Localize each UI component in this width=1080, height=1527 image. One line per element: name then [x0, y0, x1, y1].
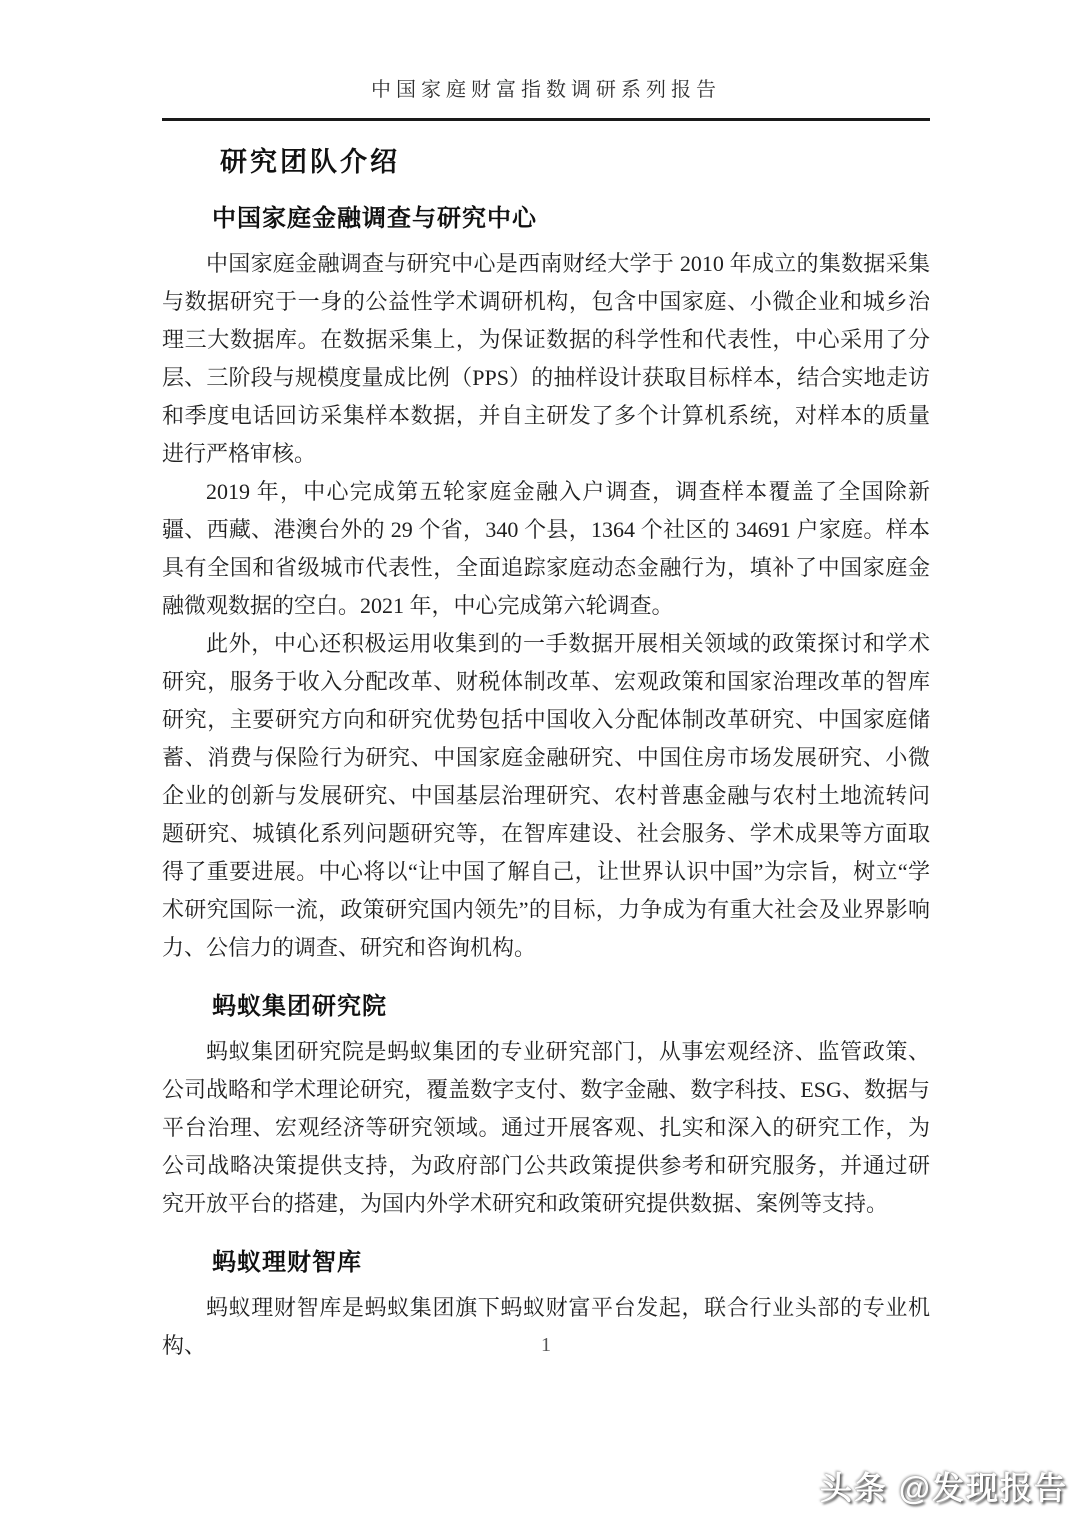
paragraph-ant-research-institute: 蚂蚁集团研究院是蚂蚁集团的专业研究部门，从事宏观经济、监管政策、公司战略和学术理…: [162, 1033, 930, 1223]
paragraph-chfs-survey: 2019 年，中心完成第五轮家庭金融入户调查，调查样本覆盖了全国除新疆、西藏、港…: [162, 473, 930, 625]
paragraph-chfs-research: 此外，中心还积极运用收集到的一手数据开展相关领域的政策探讨和学术研究，服务于收入…: [162, 625, 930, 967]
report-page: 中国家庭财富指数调研系列报告 研究团队介绍 中国家庭金融调查与研究中心 中国家庭…: [0, 0, 1080, 1365]
paragraph-chfs-intro: 中国家庭金融调查与研究中心是西南财经大学于 2010 年成立的集数据采集与数据研…: [162, 245, 930, 473]
section-heading-ant-wealth-thinktank: 蚂蚁理财智库: [212, 1247, 930, 1279]
page-header-title: 中国家庭财富指数调研系列报告: [162, 76, 930, 104]
section-heading-chfs-center: 中国家庭金融调查与研究中心: [212, 203, 930, 235]
page-number: 1: [162, 1334, 930, 1356]
header-divider-rule: [162, 118, 930, 121]
section-heading-ant-research-institute: 蚂蚁集团研究院: [212, 991, 930, 1023]
main-heading: 研究团队介绍: [220, 145, 930, 179]
watermark-toutiao-faxianbaogao: 头条 @发现报告: [820, 1470, 1068, 1506]
